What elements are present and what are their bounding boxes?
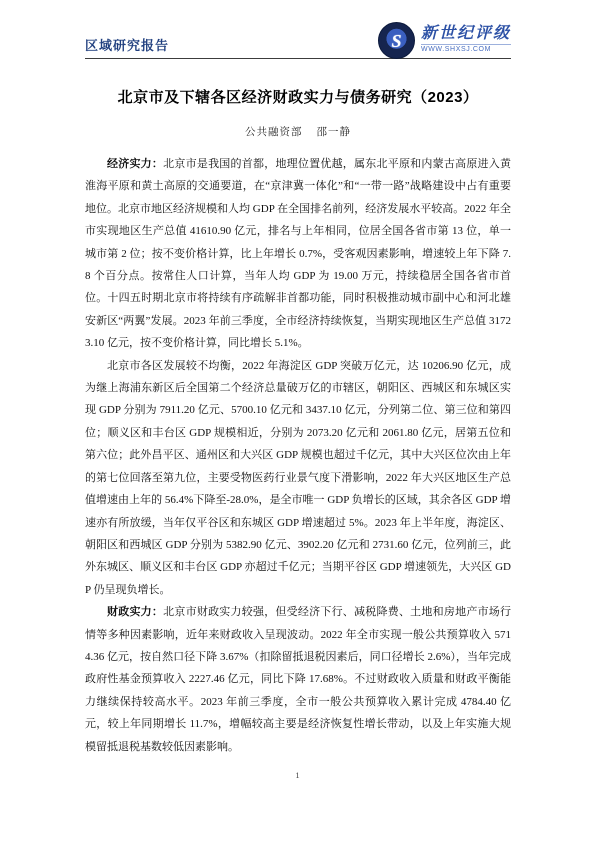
report-type-label: 区域研究报告 [85,35,169,54]
logo-monogram: S [391,32,401,50]
page-content: 区域研究报告 S 新世纪评级 WWW.SHXSJ.COM 北京市及下辖各区经济财… [85,0,511,758]
page-number: 1 [0,770,595,780]
paragraph-text: 北京市是我国的首都，地理位置优越，属东北平原和内蒙古高原进入黄淮海平原和黄土高原… [85,158,511,349]
report-page: { "colors": { "header_navy": "#1f3e7e", … [0,0,595,841]
paragraph-fiscal-strength: 财政实力：北京市财政实力较强，但受经济下行、减税降费、土地和房地产市场行情等多种… [85,601,511,758]
paragraph-lead: 财政实力： [107,606,163,618]
byline-department: 公共融资部 [245,127,303,138]
logo-text-block: 新世纪评级 WWW.SHXSJ.COM [421,22,511,53]
brand-website: WWW.SHXSJ.COM [421,44,511,53]
brand-name: 新世纪评级 [421,25,511,42]
byline: 公共融资部邵一静 [85,124,511,139]
globe-emblem-icon: S [378,22,415,59]
paragraph-lead: 经济实力： [107,158,163,170]
paragraph-district-gdp: 北京市各区发展较不均衡，2022 年海淀区 GDP 突破万亿元，达 10206.… [85,355,511,601]
document-body: 经济实力：北京市是我国的首都，地理位置优越，属东北平原和内蒙古高原进入黄淮海平原… [85,153,511,758]
page-header: 区域研究报告 S 新世纪评级 WWW.SHXSJ.COM [85,0,511,59]
document-title: 北京市及下辖各区经济财政实力与债务研究（2023） [85,86,511,107]
byline-author: 邵一静 [317,127,352,138]
paragraph-economic-strength: 经济实力：北京市是我国的首都，地理位置优越，属东北平原和内蒙古高原进入黄淮海平原… [85,153,511,355]
paragraph-text: 北京市财政实力较强，但受经济下行、减税降费、土地和房地产市场行情等多种因素影响，… [85,606,511,752]
brand-logo: S 新世纪评级 WWW.SHXSJ.COM [378,22,511,59]
paragraph-text: 北京市各区发展较不均衡，2022 年海淀区 GDP 突破万亿元，达 10206.… [85,360,511,596]
